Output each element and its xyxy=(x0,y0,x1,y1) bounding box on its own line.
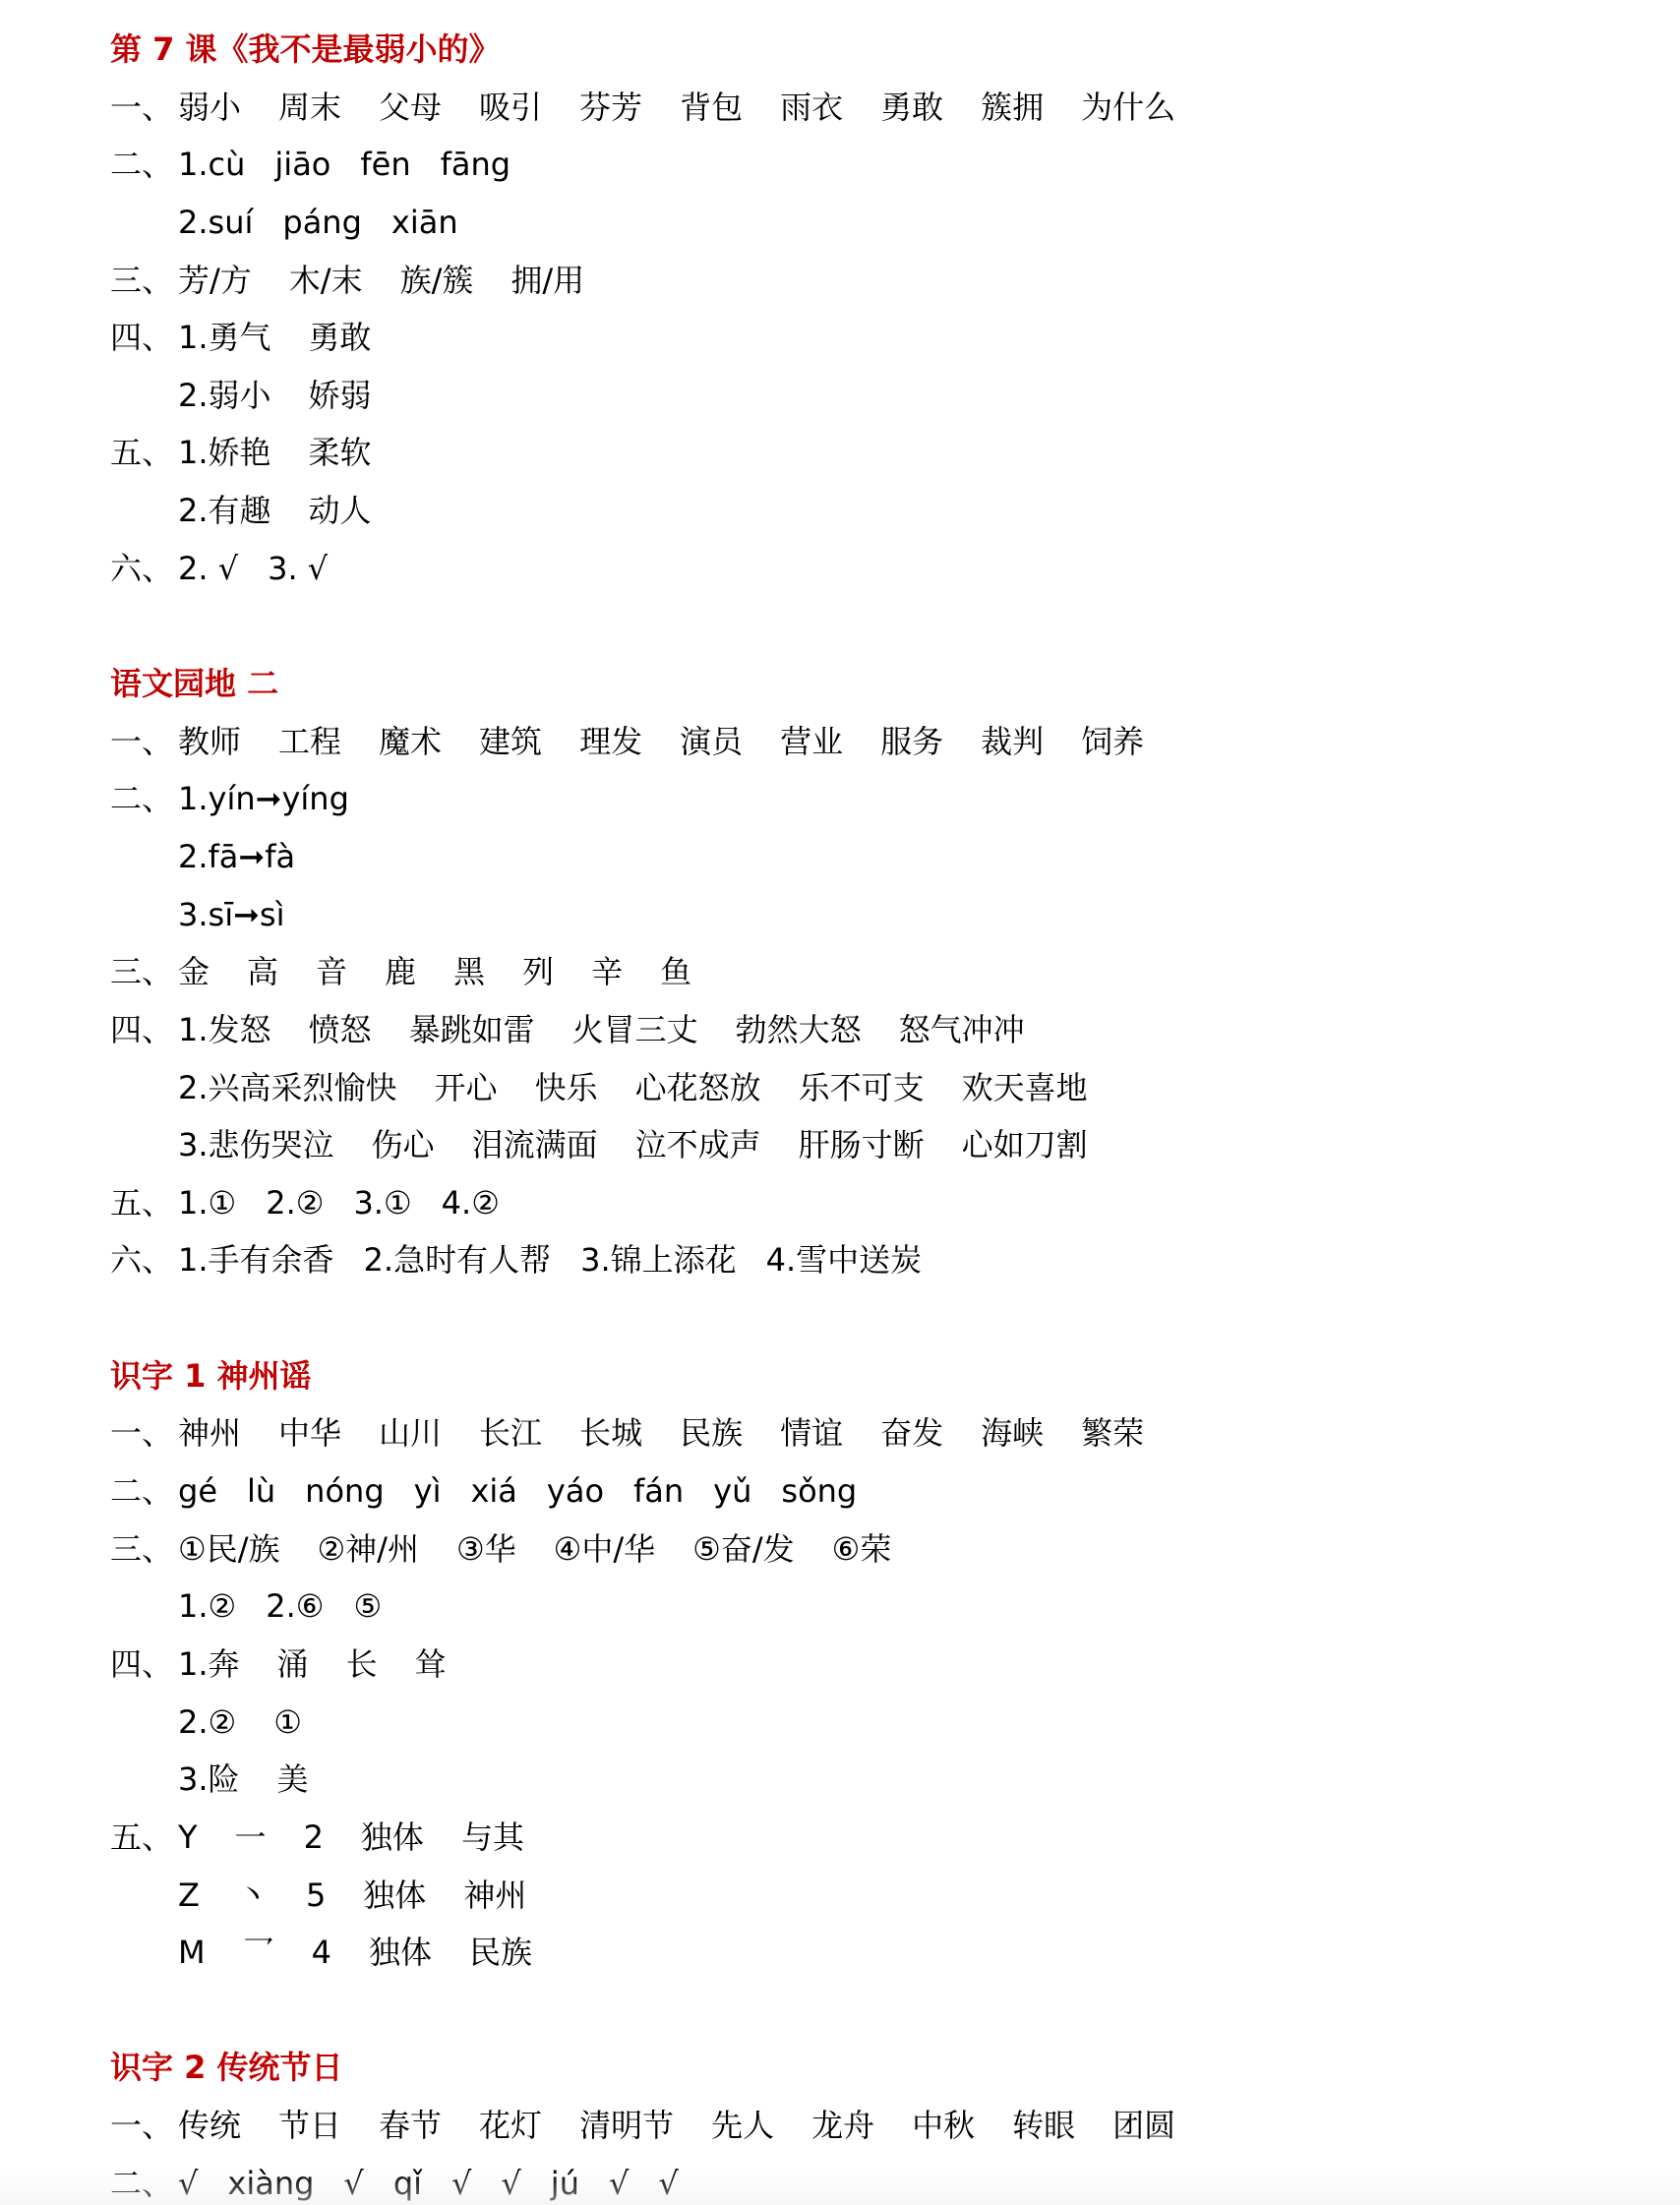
answer-item: 列 xyxy=(522,943,554,1001)
answer-item: 背包 xyxy=(680,79,743,137)
answer-item: 先人 xyxy=(711,2097,774,2155)
answer-item: 愤怒 xyxy=(309,1001,372,1059)
answer-item: 娇弱 xyxy=(309,367,372,425)
answer-item: 伤心 xyxy=(372,1116,435,1174)
answer-item: 1.勇气 xyxy=(178,309,271,367)
answer-item: 1.奔 xyxy=(178,1636,240,1694)
answer-item: qǐ xyxy=(393,2155,422,2205)
answer-item: 心花怒放 xyxy=(635,1059,761,1117)
answer-item: 鱼 xyxy=(660,943,691,1001)
answer-item: 黑 xyxy=(453,943,485,1001)
answer-item: 2. √ xyxy=(178,540,238,598)
answer-row: 3.悲伤哭泣 伤心 泪流满面 泣不成声 肝肠寸断 心如刀割 xyxy=(110,1116,1680,1174)
answer-item: 教师 xyxy=(178,713,241,771)
answer-item: 魔术 xyxy=(379,713,442,771)
answer-item: 山川 xyxy=(379,1404,442,1462)
answer-item: 独体 xyxy=(361,1809,424,1867)
answer-item: 1.cù xyxy=(178,136,245,194)
answer-item: 民族 xyxy=(469,1924,532,1982)
answer-item: 耸 xyxy=(415,1636,447,1694)
row-label: 五、 xyxy=(110,424,178,482)
answer-item: xiá xyxy=(470,1462,516,1520)
answer-row: 六、 2. √ 3. √ xyxy=(110,540,1680,598)
answer-item: ⑤ xyxy=(353,1578,382,1636)
answer-item: 4.雪中送炭 xyxy=(766,1231,923,1289)
answer-item: 3.悲伤哭泣 xyxy=(178,1116,334,1174)
answer-item: 弱小 xyxy=(178,79,241,137)
answer-item: 2.兴高采烈愉快 xyxy=(178,1059,397,1117)
row-label: 一、 xyxy=(110,79,178,137)
answer-item: 勇敢 xyxy=(309,309,372,367)
answer-item: xiān xyxy=(391,194,458,252)
answer-item: 高 xyxy=(247,943,278,1001)
row-label: 一、 xyxy=(110,713,178,771)
answer-item: ①民/族 xyxy=(178,1520,279,1579)
answer-item: ⑥荣 xyxy=(832,1520,892,1579)
answer-item: fēn xyxy=(360,136,410,194)
answer-item: 泣不成声 xyxy=(635,1116,761,1174)
answer-item: 中秋 xyxy=(912,2097,975,2155)
answer-item: 长 xyxy=(346,1636,378,1694)
answer-item: 1.发怒 xyxy=(178,1001,271,1059)
answer-item: ④中/华 xyxy=(554,1520,655,1579)
answer-item: sǒng xyxy=(781,1462,857,1520)
answer-item: 演员 xyxy=(680,713,743,771)
check-mark-icon: √ xyxy=(501,2155,520,2205)
answer-item: 工程 xyxy=(278,713,341,771)
answer-item: gé xyxy=(178,1462,217,1520)
answer-row: 3.sī➞sì xyxy=(110,886,1680,944)
answer-row: 2.有趣 动人 xyxy=(110,482,1680,540)
check-mark-icon: √ xyxy=(178,2155,198,2205)
answer-row: 五、 1.娇艳 柔软 xyxy=(110,424,1680,482)
answer-item: 一 xyxy=(235,1809,267,1867)
answer-item: xiàng xyxy=(227,2155,314,2205)
answer-item: 怒气冲冲 xyxy=(899,1001,1025,1059)
answer-item: 2.suí xyxy=(178,194,253,252)
answer-row: 四、 1.奔 涌 长 耸 xyxy=(110,1636,1680,1694)
answer-item: 团圆 xyxy=(1112,2097,1175,2155)
answer-item: jú xyxy=(551,2155,579,2205)
row-label: 五、 xyxy=(110,1174,178,1232)
row-label: 六、 xyxy=(110,540,178,598)
check-mark-icon: √ xyxy=(451,2155,471,2205)
check-mark-icon: √ xyxy=(343,2155,363,2205)
answer-item: 奋发 xyxy=(880,1404,943,1462)
answer-item: 火冒三丈 xyxy=(572,1001,698,1059)
answer-item: 2.fā➞fà xyxy=(178,828,295,886)
answer-item: 勃然大怒 xyxy=(736,1001,862,1059)
answer-item: 中华 xyxy=(278,1404,341,1462)
answer-item: 2.急时有人帮 xyxy=(364,1231,552,1289)
row-label: 四、 xyxy=(110,309,178,367)
answer-row: 一、 教师 工程 魔术 建筑 理发 演员 营业 服务 裁判 饲养 xyxy=(110,713,1680,771)
answer-item: lù xyxy=(247,1462,275,1520)
answer-row: M 乛 4 独体 民族 xyxy=(110,1924,1680,1982)
answer-item: 5 xyxy=(306,1867,326,1925)
answer-item: 金 xyxy=(178,943,210,1001)
row-label: 六、 xyxy=(110,1231,178,1289)
answer-item: 簇拥 xyxy=(981,79,1044,137)
section-spacer xyxy=(110,597,1680,655)
answer-item: 2.② xyxy=(266,1174,324,1232)
answer-item: 与其 xyxy=(461,1809,524,1867)
answer-item: 节日 xyxy=(278,2097,341,2155)
answer-item: jiāo xyxy=(274,136,330,194)
row-label: 五、 xyxy=(110,1809,178,1867)
answer-item: 4 xyxy=(312,1924,331,1982)
answer-item: 1.手有余香 xyxy=(178,1231,334,1289)
row-label: 二、 xyxy=(110,1462,178,1520)
answer-item: 服务 xyxy=(880,713,943,771)
answer-item: 为什么 xyxy=(1081,79,1175,137)
answer-item: 营业 xyxy=(780,713,843,771)
answer-item: fāng xyxy=(441,136,510,194)
answer-item: 民族 xyxy=(680,1404,743,1462)
answer-item: ⑤奋/发 xyxy=(692,1520,794,1579)
row-label: 三、 xyxy=(110,943,178,1001)
answer-row: 二、 √ xiàng √ qǐ √ √ jú √ √ xyxy=(110,2155,1680,2205)
answer-item: nóng xyxy=(305,1462,384,1520)
answer-row: 三、 芳/方 木/末 族/簇 拥/用 xyxy=(110,252,1680,310)
answer-item: 乐不可支 xyxy=(799,1059,925,1117)
answer-item: 独体 xyxy=(369,1924,432,1982)
answer-item: 勇敢 xyxy=(880,79,943,137)
answer-item: ① xyxy=(273,1694,302,1752)
answer-item: fán xyxy=(633,1462,684,1520)
answer-item: 1.娇艳 xyxy=(178,424,271,482)
answer-item: 雨衣 xyxy=(780,79,843,137)
answer-item: 音 xyxy=(316,943,347,1001)
answer-item: 1.yín➞yíng xyxy=(178,770,349,828)
answer-item: yáo xyxy=(547,1462,604,1520)
answer-row: 2.兴高采烈愉快 开心 快乐 心花怒放 乐不可支 欢天喜地 xyxy=(110,1059,1680,1117)
answer-item: 花灯 xyxy=(479,2097,542,2155)
answer-item: 快乐 xyxy=(535,1059,598,1117)
answer-item: 肝肠寸断 xyxy=(799,1116,925,1174)
answer-row: 二、 1.yín➞yíng xyxy=(110,770,1680,828)
answer-item: 木/末 xyxy=(289,252,363,310)
answer-row: 四、 1.发怒 愤怒 暴跳如雷 火冒三丈 勃然大怒 怒气冲冲 xyxy=(110,1001,1680,1059)
answer-row: 2.suí páng xiān xyxy=(110,194,1680,252)
answer-row: 二、 1.cù jiāo fēn fāng xyxy=(110,136,1680,194)
answer-item: 父母 xyxy=(379,79,442,137)
check-mark-icon: √ xyxy=(658,2155,678,2205)
answer-item: 4.② xyxy=(442,1174,500,1232)
answer-item: Z xyxy=(178,1867,200,1925)
section-title: 语文园地 二 xyxy=(110,655,1680,713)
section-spacer xyxy=(110,1982,1680,2040)
answer-item: 海峡 xyxy=(981,1404,1044,1462)
answer-item: 心如刀割 xyxy=(962,1116,1088,1174)
answer-item: 1.② xyxy=(178,1578,236,1636)
section-title: 识字 1 神州谣 xyxy=(110,1347,1680,1405)
answer-item: 春节 xyxy=(379,2097,442,2155)
answer-item: 长城 xyxy=(579,1404,642,1462)
answer-item: 暴跳如雷 xyxy=(409,1001,535,1059)
answer-item: 2.⑥ xyxy=(266,1578,324,1636)
answer-item: 欢天喜地 xyxy=(962,1059,1088,1117)
answer-row: 2.弱小 娇弱 xyxy=(110,367,1680,425)
answer-row: 2.fā➞fà xyxy=(110,828,1680,886)
answer-item: 裁判 xyxy=(981,713,1044,771)
answer-item: 2.弱小 xyxy=(178,367,271,425)
row-label: 四、 xyxy=(110,1636,178,1694)
answer-item: 3.险 xyxy=(178,1751,240,1809)
answer-row: 四、 1.勇气 勇敢 xyxy=(110,309,1680,367)
answer-item: 清明节 xyxy=(579,2097,674,2155)
answer-item: 辛 xyxy=(591,943,623,1001)
row-label: 一、 xyxy=(110,1404,178,1462)
answer-row: 五、 Y 一 2 独体 与其 xyxy=(110,1809,1680,1867)
check-mark-icon: √ xyxy=(609,2155,629,2205)
answer-item: 神州 xyxy=(178,1404,241,1462)
answer-item: 2.有趣 xyxy=(178,482,271,540)
answer-item: ③华 xyxy=(456,1520,516,1579)
answer-item: 涌 xyxy=(277,1636,309,1694)
answer-item: 3. √ xyxy=(268,540,328,598)
answer-item: 理发 xyxy=(579,713,642,771)
answer-item: 转眼 xyxy=(1012,2097,1075,2155)
answer-item: 2 xyxy=(304,1809,324,1867)
row-label: 一、 xyxy=(110,2097,178,2155)
answer-item: 龙舟 xyxy=(811,2097,874,2155)
answer-item: 动人 xyxy=(309,482,372,540)
answer-item: 开心 xyxy=(435,1059,498,1117)
answer-row: 三、 金 高 音 鹿 黑 列 辛 鱼 xyxy=(110,943,1680,1001)
answer-row: 1.② 2.⑥ ⑤ xyxy=(110,1578,1680,1636)
answer-item: 1.① xyxy=(178,1174,236,1232)
answer-row: 一、 传统 节日 春节 花灯 清明节 先人 龙舟 中秋 转眼 团圆 xyxy=(110,2097,1680,2155)
answer-item: 吸引 xyxy=(479,79,542,137)
row-label: 二、 xyxy=(110,770,178,828)
answer-item: 鹿 xyxy=(385,943,416,1001)
row-label: 二、 xyxy=(110,2155,178,2205)
answer-item: páng xyxy=(282,194,362,252)
answer-item: M xyxy=(178,1924,206,1982)
row-label: 四、 xyxy=(110,1001,178,1059)
answer-row: 六、 1.手有余香 2.急时有人帮 3.锦上添花 4.雪中送炭 xyxy=(110,1231,1680,1289)
answer-item: 饲养 xyxy=(1081,713,1144,771)
section-spacer xyxy=(110,1289,1680,1347)
answer-item: 丶 xyxy=(237,1867,269,1925)
section-title: 识字 2 传统节日 xyxy=(110,2039,1680,2097)
answer-item: 柔软 xyxy=(309,424,372,482)
answer-row: 五、 1.① 2.② 3.① 4.② xyxy=(110,1174,1680,1232)
answer-item: 泪流满面 xyxy=(472,1116,598,1174)
answer-item: yǔ xyxy=(713,1462,751,1520)
section-title: 第 7 课《我不是最弱小的》 xyxy=(110,21,1680,79)
answer-item: 2.② xyxy=(178,1694,236,1752)
answer-item: 乛 xyxy=(243,1924,274,1982)
answer-row: 一、 弱小 周末 父母 吸引 芬芳 背包 雨衣 勇敢 簇拥 为什么 xyxy=(110,79,1680,137)
answer-item: 芬芳 xyxy=(579,79,642,137)
answer-row: 3.险 美 xyxy=(110,1751,1680,1809)
answer-item: 传统 xyxy=(178,2097,241,2155)
answer-item: 建筑 xyxy=(479,713,542,771)
answer-row: 一、 神州 中华 山川 长江 长城 民族 情谊 奋发 海峡 繁荣 xyxy=(110,1404,1680,1462)
answer-item: 美 xyxy=(277,1751,309,1809)
answer-item: 3.① xyxy=(353,1174,411,1232)
row-label: 三、 xyxy=(110,1520,178,1579)
answer-item: yì xyxy=(414,1462,442,1520)
answer-row: 三、 ①民/族 ②神/州 ③华 ④中/华 ⑤奋/发 ⑥荣 xyxy=(110,1520,1680,1579)
row-label: 二、 xyxy=(110,136,178,194)
answer-item: 3.锦上添花 xyxy=(580,1231,737,1289)
answer-item: 情谊 xyxy=(780,1404,843,1462)
answer-item: ②神/州 xyxy=(317,1520,418,1579)
answer-item: 独体 xyxy=(363,1867,426,1925)
answer-item: 族/簇 xyxy=(400,252,474,310)
answer-item: Y xyxy=(178,1809,198,1867)
answer-item: 拥/用 xyxy=(510,252,584,310)
row-label: 三、 xyxy=(110,252,178,310)
answer-item: 长江 xyxy=(479,1404,542,1462)
answer-item: 繁荣 xyxy=(1081,1404,1144,1462)
answer-row: 2.② ① xyxy=(110,1694,1680,1752)
answer-item: 神州 xyxy=(463,1867,526,1925)
answer-item: 3.sī➞sì xyxy=(178,886,284,944)
answer-item: 芳/方 xyxy=(178,252,252,310)
answer-row: Z 丶 5 独体 神州 xyxy=(110,1867,1680,1925)
answer-item: 周末 xyxy=(278,79,341,137)
answer-key-document: 第 7 课《我不是最弱小的》 一、 弱小 周末 父母 吸引 芬芳 背包 雨衣 勇… xyxy=(110,21,1680,2205)
answer-row: 二、 gé lù nóng yì xiá yáo fán yǔ sǒng xyxy=(110,1462,1680,1520)
